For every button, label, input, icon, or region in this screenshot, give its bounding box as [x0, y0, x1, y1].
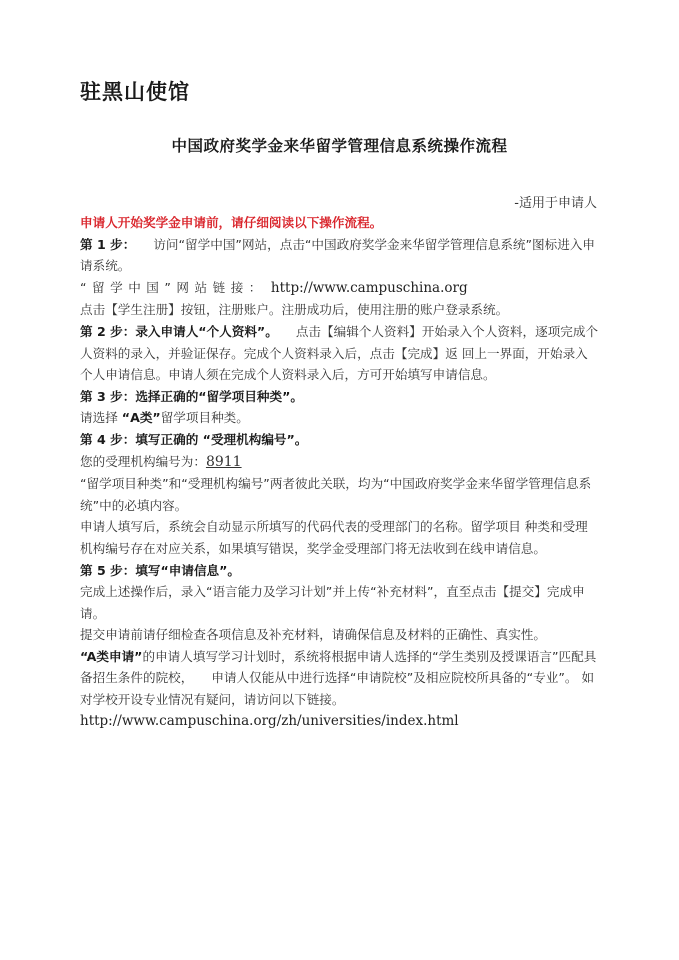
step-2: 第 2 步：录入申请人“个人资料”。点击【编辑个人资料】开始录入个人资料，逐项完… — [80, 321, 600, 386]
step-5-para-3: “A类申请”的申请人填写学习计划时，系统将根据申请人选择的“学生类别及授课语言”… — [80, 646, 600, 711]
link-label: “留学中国”网站链接： — [80, 280, 267, 295]
category-a: “A类” — [122, 410, 161, 425]
step-5-label: 第 5 步：填写“申请信息”。 — [80, 560, 600, 582]
step-4-para-1: “留学项目种类”和“受理机构编号”两者彼此关联，均为“中国政府奖学金来华留学管理… — [80, 473, 600, 516]
document-body: 申请人开始奖学金申请前，请仔细阅读以下操作流程。 第 1 步：访问“留学中国”网… — [80, 212, 600, 732]
step-1-text: 访问“留学中国”网站，点击“中国政府奖学金来华留学管理信息系统”图标进入申请系统… — [80, 237, 595, 274]
step-1-label: 第 1 步： — [80, 237, 135, 252]
step-3-prefix: 请选择 — [80, 410, 122, 425]
campuschina-link[interactable]: http://www.campuschina.org — [271, 280, 468, 296]
step-4-para-2: 申请人填写后，系统会自动显示所填写的代码代表的受理部门的名称。留学项目 种类和受… — [80, 516, 600, 559]
step-3-suffix: 留学项目种类。 — [161, 410, 249, 425]
agency-code-line: 您的受理机构编号为：8911 — [80, 451, 600, 474]
step-5-para-1: 完成上述操作后，录入“语言能力及学习计划”并上传“补充材料”，直至点击【提交】完… — [80, 581, 600, 624]
campuschina-link-line: “留学中国”网站链接： http://www.campuschina.org — [80, 277, 600, 300]
agency-code-label: 您的受理机构编号为： — [80, 454, 206, 469]
step-2-label: 第 2 步：录入申请人“个人资料”。 — [80, 324, 278, 339]
document-title: 中国政府奖学金来华留学管理信息系统操作流程 — [0, 134, 679, 156]
applies-to-note: -适用于申请人 — [514, 192, 597, 211]
step-3-text: 请选择 “A类”留学项目种类。 — [80, 407, 600, 429]
register-instructions: 点击【学生注册】按钮，注册账户。注册成功后，使用注册的账户登录系统。 — [80, 299, 600, 321]
agency-code-value: 8911 — [206, 454, 242, 470]
embassy-heading: 驻黑山使馆 — [80, 76, 190, 106]
a-category-application: “A类申请” — [80, 649, 142, 664]
step-5-para-2: 提交申请前请仔细检查各项信息及补充材料，请确保信息及材料的正确性、真实性。 — [80, 624, 600, 646]
step-4-label: 第 4 步：填写正确的 “受理机构编号”。 — [80, 429, 600, 451]
step-1: 第 1 步：访问“留学中国”网站，点击“中国政府奖学金来华留学管理信息系统”图标… — [80, 234, 600, 277]
warning-text: 申请人开始奖学金申请前，请仔细阅读以下操作流程。 — [80, 212, 600, 234]
universities-link[interactable]: http://www.campuschina.org/zh/universiti… — [80, 711, 600, 733]
document-page: 驻黑山使馆 中国政府奖学金来华留学管理信息系统操作流程 -适用于申请人 申请人开… — [0, 0, 679, 960]
step-3-label: 第 3 步：选择正确的“留学项目种类”。 — [80, 386, 600, 408]
